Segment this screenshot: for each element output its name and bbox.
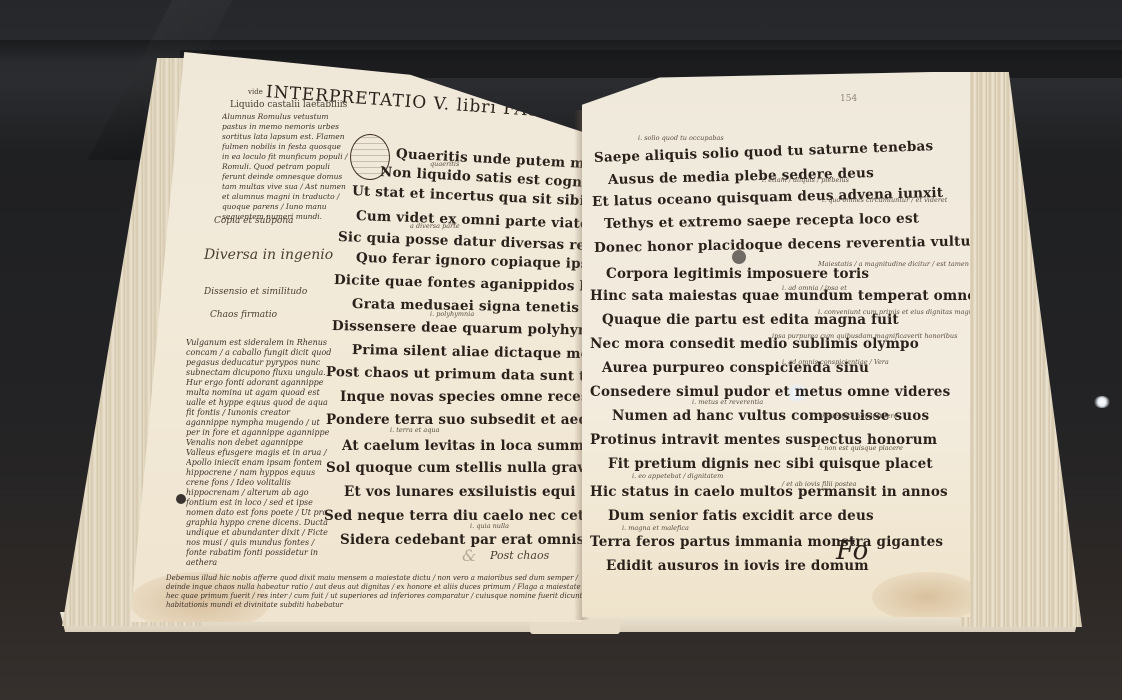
verse-line: Terra feros partus immania monstra gigan…	[590, 534, 943, 550]
marginal-post-chaos: Post chaos	[490, 549, 549, 562]
verse-line: Edidit ausuros in iovis ire domum	[606, 558, 869, 574]
ink-blot	[176, 494, 186, 504]
marginal-label-3: Dissensio et similitudo	[204, 287, 307, 297]
interlinear-gloss: i. terra et aqua	[390, 426, 439, 434]
verse-line: Dum senior fatis excidit arce deus	[608, 508, 874, 524]
interlinear-gloss: i. polyhymnia	[430, 310, 474, 318]
interlinear-gloss: Maiestatis / a magnitudine dicitur / est…	[818, 260, 970, 268]
verse-line: Sol quoque cum stellis nulla gravitate r…	[326, 460, 582, 476]
verse-line: Inque novas species omne recessit opus	[340, 389, 582, 405]
commentary-block-middle: Vulganum est sideralem in Rhenus concam …	[186, 338, 332, 588]
marginal-label-2: Diversa in ingenio	[204, 247, 333, 263]
right-page: 154 i. solio quod tu occupabas Saepe ali…	[582, 72, 970, 617]
interlinear-gloss: a diversa parte	[410, 222, 460, 230]
commentary-block-top: Alumnus Romulus vetustum pastus in memo …	[222, 112, 350, 230]
commentary-block-bottom: Debemus illud hic nobis afferre quod dix…	[166, 574, 582, 622]
interlinear-gloss: i. ad omnia / ipsa et	[782, 284, 847, 292]
verse-line: Post chaos ut primum data sunt tria corp…	[326, 364, 582, 387]
header-note: vide	[248, 88, 263, 96]
verse-line: Cum videt ex omni parte viator iter	[356, 208, 582, 234]
interlinear-gloss: i. metus et reverentia	[692, 398, 763, 406]
interlinear-gloss: / et ab iovis filii postea	[782, 480, 856, 488]
interlinear-gloss: i. quo omnes circumluntur / et videret	[822, 196, 947, 204]
verse-line: Consedere simul pudor et metus omne vide…	[590, 384, 950, 400]
verse-line: Sidera cedebant par erat omnis honor	[340, 532, 582, 548]
verse-line: Saepe aliquis solio quod tu saturne tene…	[594, 138, 934, 166]
verse-line: Fit pretium dignis nec sibi quisque plac…	[608, 456, 933, 472]
left-page: vide INTERPRETATIO V. libri FASTORU per …	[130, 52, 582, 622]
closing-mark: Fo	[836, 536, 868, 566]
verse-line: Quo ferar ignoro copiaque ipsa nocet	[356, 250, 582, 274]
right-page-block-edge	[960, 72, 1082, 627]
spotlight-reflection-icon	[1094, 396, 1110, 408]
interlinear-gloss: i. ad omnis conspicientiae / Vera	[782, 358, 889, 366]
verse-line: Donec honor placidoque decens reverentia…	[594, 233, 970, 256]
verse-line: Dicite quae fontes aganippidos hippocren…	[334, 272, 582, 297]
interlinear-gloss: i. etiam / aliquis / plebeius	[762, 176, 849, 184]
verse-line: At caelum levitas in loca summa tulit	[342, 438, 582, 454]
interlinear-gloss: quaeritis	[430, 160, 459, 168]
verse-line: Et vos lunares exsiluistis equi	[344, 484, 576, 500]
verse-line: Prima silent aliae dictaque mente notant	[352, 342, 582, 364]
interlinear-gloss: i. solio quod tu occupabas	[638, 134, 724, 142]
interlinear-gloss: maiestate honorat fere	[822, 412, 897, 420]
interlinear-gloss: i. eo appetebat / dignitatem	[632, 472, 723, 480]
verse-line: Tethys et extremo saepe recepta loco est	[604, 211, 919, 232]
interlinear-gloss: i. magna et malefica	[622, 524, 689, 532]
verse-line: Pondere terra suo subsedit et aequora tr…	[326, 412, 582, 428]
verse-line: Hic status in caelo multos permansit in …	[590, 484, 948, 500]
folio-number: 154	[840, 94, 857, 104]
interlinear-gloss: i. quia nulla	[470, 522, 509, 530]
page-subtitle: Liquido castalii laetabiliis	[230, 100, 347, 110]
marginal-ampersand: &	[462, 546, 476, 565]
verse-line: Corpora legitimis imposuere toris	[606, 266, 869, 282]
interlinear-gloss: i. non est quisque placere	[818, 444, 903, 452]
interlinear-gloss: i. conveniunt cum primis et eius dignita…	[818, 308, 970, 316]
marginal-label-1: Copia et subpona	[214, 216, 294, 226]
interlinear-gloss: ipsa purpurea cum quibusdam magnificaver…	[772, 332, 957, 340]
verse-line: Sed neque terra diu caelo nec cetera pho…	[324, 508, 582, 524]
marginal-label-4: Chaos firmatio	[210, 310, 277, 320]
verse-line: Hinc sata maiestas quae mundum temperat …	[590, 288, 970, 304]
verse-line: Dissensere deae quarum polyhymnia coepit	[332, 318, 582, 340]
spine-tab	[530, 620, 620, 634]
water-stain	[872, 572, 970, 617]
